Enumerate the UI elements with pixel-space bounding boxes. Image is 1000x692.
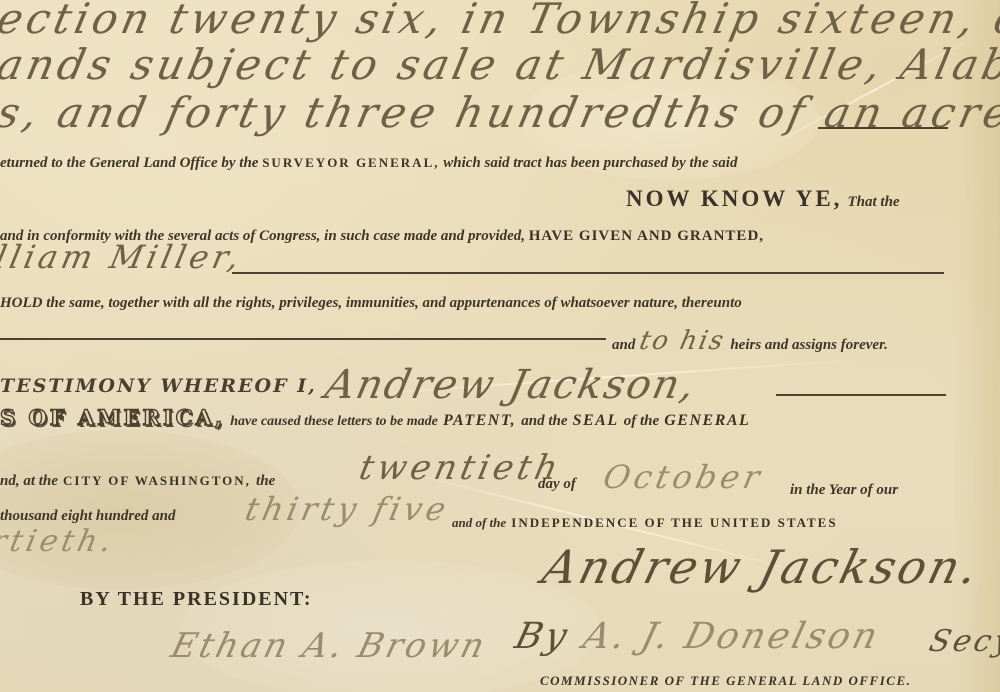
secretary-signature: Ethan A. Brown <box>172 626 486 666</box>
handwritten-line-1: ection twenty six, in Township sixteen, … <box>0 0 1000 43</box>
blank-rule <box>0 338 606 340</box>
script-text: lliam Miller, <box>0 238 247 276</box>
heading-text: BY THE PRESIDENT: <box>80 588 313 610</box>
script-text: ands subject to sale at Mardisville, Ala… <box>0 40 1000 89</box>
text: thousand eight hundred and <box>0 508 175 524</box>
blank-rule <box>776 394 946 396</box>
city-line: nd, at the CITY OF WASHINGTON, the <box>0 470 275 490</box>
blank-rule <box>818 127 948 129</box>
text: and of the <box>452 515 506 530</box>
now-know-ye-line: NOW KNOW YE, That the <box>626 186 900 212</box>
text: in the Year of our <box>790 482 898 498</box>
thousand-line: thousand eight hundred and <box>0 508 175 525</box>
text: and the <box>521 413 567 429</box>
day-value: twentieth <box>360 448 561 488</box>
recorder-signature: By A. J. Donelson <box>516 616 879 657</box>
text: nd, at the <box>0 473 58 489</box>
script-text: October <box>600 458 767 496</box>
script-text: twentieth <box>356 448 566 488</box>
blank-rule <box>232 272 944 274</box>
text: HOLD the same, together with all the rig… <box>0 295 742 311</box>
commissioner-title: COMMISSIONER OF THE GENERAL LAND OFFICE. <box>540 670 911 689</box>
handwritten-line-2: ands subject to sale at Mardisville, Ala… <box>0 40 1000 89</box>
script-text: thirty five <box>242 490 453 528</box>
text: which said tract has been purchased by t… <box>443 155 737 171</box>
text: and <box>612 337 635 353</box>
heading-text: TESTIMONY WHEREOF I, <box>0 375 317 397</box>
surveyor-line: eturned to the General Land Office by th… <box>0 155 737 172</box>
grantee-name: lliam Miller, <box>0 238 243 276</box>
text: have caused these letters to be made <box>230 414 438 429</box>
text: heirs and assigns forever. <box>730 337 888 353</box>
script-text: s, and forty three hundredths of an acre… <box>0 88 1000 137</box>
hold-line: HOLD the same, together with all the rig… <box>0 295 742 312</box>
by-the-president: BY THE PRESIDENT: <box>80 588 313 611</box>
text: the <box>256 473 275 489</box>
text: COMMISSIONER OF THE GENERAL LAND OFFICE. <box>540 673 911 688</box>
heading-text: S OF AMERICA, <box>0 405 225 430</box>
script-text: to his <box>637 326 728 356</box>
script-text: Andrew Jackson, <box>321 362 700 408</box>
text: CITY OF WASHINGTON, <box>63 473 251 488</box>
testimony-line: TESTIMONY WHEREOF I, Andrew Jackson, <box>0 362 695 408</box>
year-value: thirty five <box>246 490 449 528</box>
text: GENERAL <box>664 412 750 429</box>
independence-line: and of the INDEPENDENCE OF THE UNITED ST… <box>452 512 838 531</box>
president-signature: Andrew Jackson. <box>544 540 980 594</box>
handwritten-line-3: s, and forty three hundredths of an acre… <box>0 88 1000 137</box>
text: day of <box>538 476 576 492</box>
signature-text: A. J. Donelson <box>579 616 885 657</box>
text: That the <box>848 194 900 210</box>
month-value: October <box>604 458 763 496</box>
text: PATENT, <box>443 412 516 429</box>
america-line: S OF AMERICA, have caused these letters … <box>0 405 750 430</box>
script-text: rtieth. <box>0 524 118 559</box>
day-of-label: day of <box>538 476 576 493</box>
text: INDEPENDENCE OF THE UNITED STATES <box>511 515 837 530</box>
text: HAVE GIVEN AND GRANTED, <box>529 228 764 244</box>
signature-text: By <box>511 616 574 657</box>
text: eturned to the General Land Office by th… <box>0 155 258 171</box>
script-text: ection twenty six, in Township sixteen, … <box>0 0 1000 43</box>
heirs-line: and to his heirs and assigns forever. <box>612 326 888 356</box>
year-of-our-label: in the Year of our <box>790 482 898 499</box>
text: SEAL <box>573 412 619 429</box>
secy-abbrev: Secy. <box>930 624 1000 659</box>
signature-text: Andrew Jackson. <box>537 540 986 594</box>
text: of the <box>624 413 659 429</box>
text: SURVEYOR GENERAL, <box>262 155 439 170</box>
signature-text: Secy. <box>926 624 1000 659</box>
heading-text: NOW KNOW YE, <box>626 186 842 211</box>
signature-text: Ethan A. Brown <box>167 626 491 666</box>
independence-year: rtieth. <box>0 524 115 559</box>
